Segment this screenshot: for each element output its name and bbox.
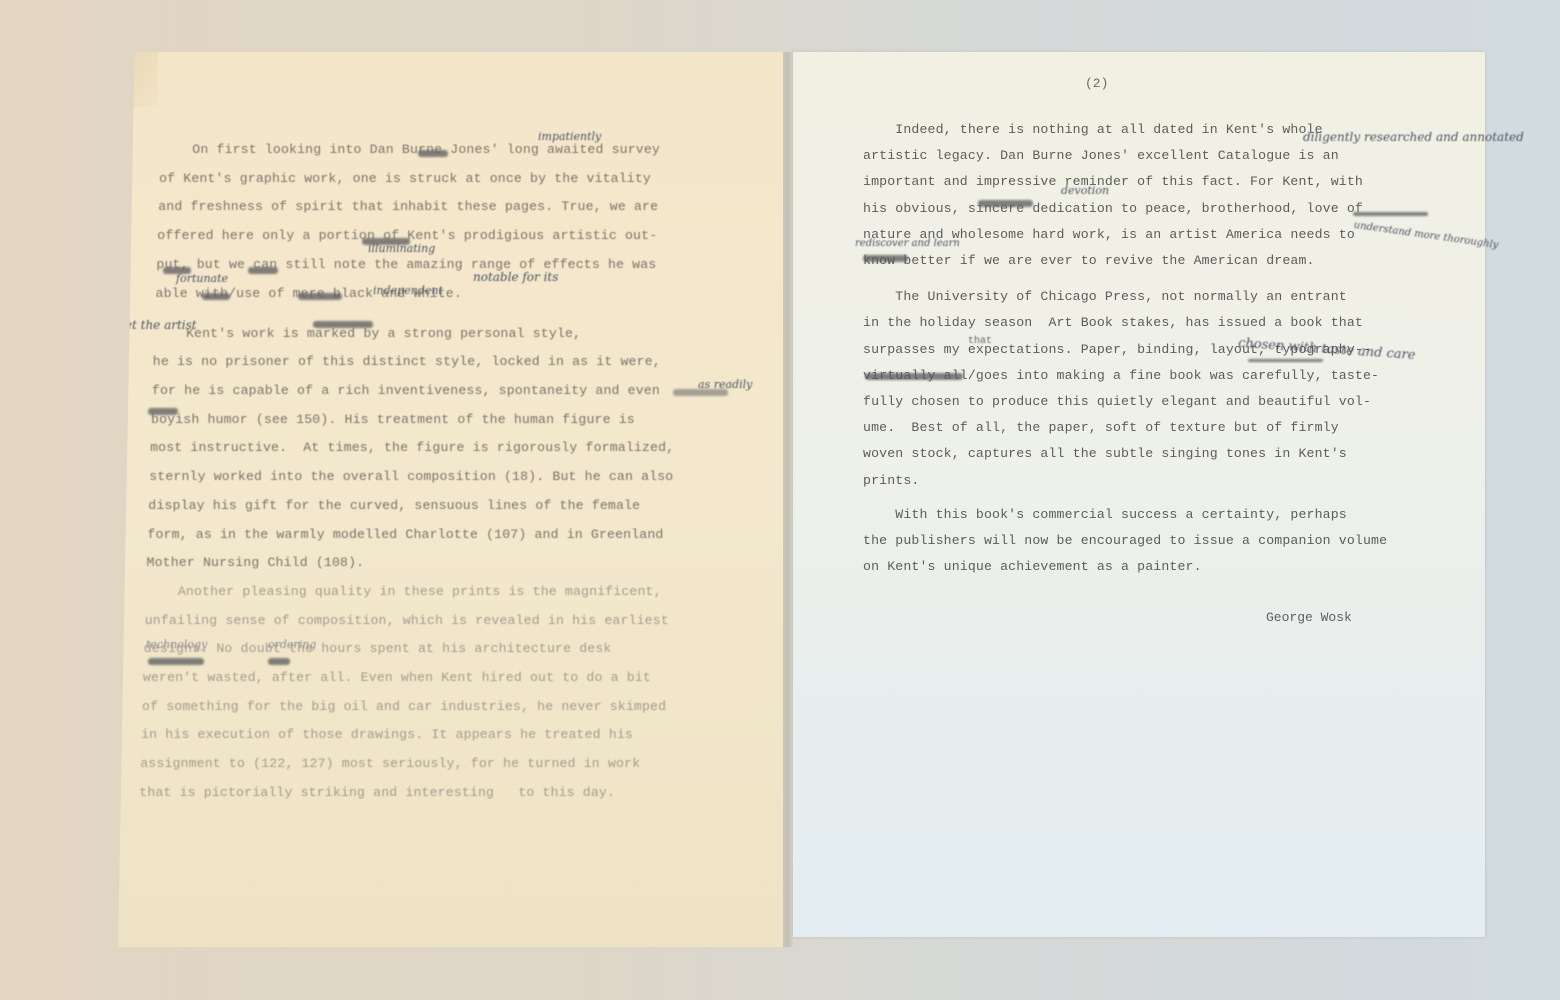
- typed-line: woven stock, captures all the subtle sin…: [863, 446, 1347, 461]
- page-number: (2): [1085, 76, 1108, 91]
- typed-line: With this book's commercial success a ce…: [863, 507, 1347, 522]
- typed-line: know better if we are ever to revive the…: [863, 253, 1315, 268]
- typed-line: the publishers will now be encouraged to…: [863, 533, 1387, 548]
- typed-line: his obvious, sincere dedication to peace…: [863, 201, 1363, 216]
- annotation: notable for its: [473, 270, 558, 284]
- typed-line: artistic legacy. Dan Burne Jones' excell…: [863, 148, 1339, 163]
- manuscript-page-2: (2) Indeed, there is nothing at all date…: [793, 52, 1485, 937]
- author-signature: George Wosk: [1266, 610, 1352, 625]
- typed-line: most instructive. At times, the figure i…: [150, 440, 674, 455]
- typed-line: put, but we can still note the amazing r…: [156, 257, 656, 272]
- annotation: ordering: [268, 638, 316, 651]
- typed-line: in his execution of those drawings. It a…: [141, 727, 633, 742]
- typed-line: of Kent's graphic work, one is struck at…: [159, 171, 651, 186]
- annotation: technology: [146, 638, 207, 651]
- annotation: devotion: [1061, 184, 1109, 197]
- folded-corner: [128, 52, 158, 107]
- typed-line: for he is capable of a rich inventivenes…: [152, 383, 660, 398]
- typed-line: The University of Chicago Press, not nor…: [863, 289, 1347, 304]
- annotation: independent: [373, 284, 443, 297]
- typed-line: weren't wasted, after all. Even when Ken…: [143, 670, 651, 685]
- typed-line: prints.: [863, 473, 919, 488]
- typed-line: Another pleasing quality in these prints…: [146, 584, 662, 599]
- annotation: understand more thoroughly: [1353, 220, 1499, 251]
- typed-line: On first looking into Dan Burne Jones' l…: [160, 142, 660, 157]
- typed-line: on Kent's unique achievement as a painte…: [863, 559, 1202, 574]
- typed-line: he is no prisoner of this distinct style…: [153, 354, 661, 369]
- typed-line: display his gift for the curved, sensuou…: [148, 498, 640, 513]
- annotation: diligently researched and annotated: [1303, 130, 1524, 144]
- typed-line: Mother Nursing Child (108).: [147, 555, 365, 570]
- typed-line: form, as in the warmly modelled Charlott…: [147, 527, 663, 542]
- typed-line: sternly worked into the overall composit…: [149, 469, 673, 484]
- manuscript-page-1: On first looking into Dan Burne Jones' l…: [118, 52, 783, 947]
- typed-line: fully chosen to produce this quietly ele…: [863, 394, 1371, 409]
- typed-line: of something for the big oil and car ind…: [142, 699, 666, 714]
- typed-line: and freshness of spirit that inhabit the…: [158, 199, 658, 214]
- typed-line: unfailing sense of composition, which is…: [145, 613, 669, 628]
- typed-line: that is pictorially striking and interes…: [139, 785, 615, 800]
- typed-line: boyish humor (see 150). His treatment of…: [151, 412, 635, 427]
- typed-line: in the holiday season Art Book stakes, h…: [863, 315, 1363, 330]
- typed-line: designs. No doubt the hours spent at his…: [144, 641, 612, 656]
- typed-line: assignment to (122, 127) most seriously,…: [140, 756, 640, 771]
- typed-line: Indeed, there is nothing at all dated in…: [863, 122, 1323, 137]
- typed-line: important and impressive reminder of thi…: [863, 174, 1363, 189]
- annotation: impatiently: [538, 130, 601, 143]
- page-gutter: [783, 52, 793, 947]
- annotation: Yet the artist: [118, 318, 197, 332]
- annotation: that: [968, 336, 992, 347]
- typed-line: ume. Best of all, the paper, soft of tex…: [863, 420, 1339, 435]
- annotation: rediscover and learn: [855, 238, 960, 249]
